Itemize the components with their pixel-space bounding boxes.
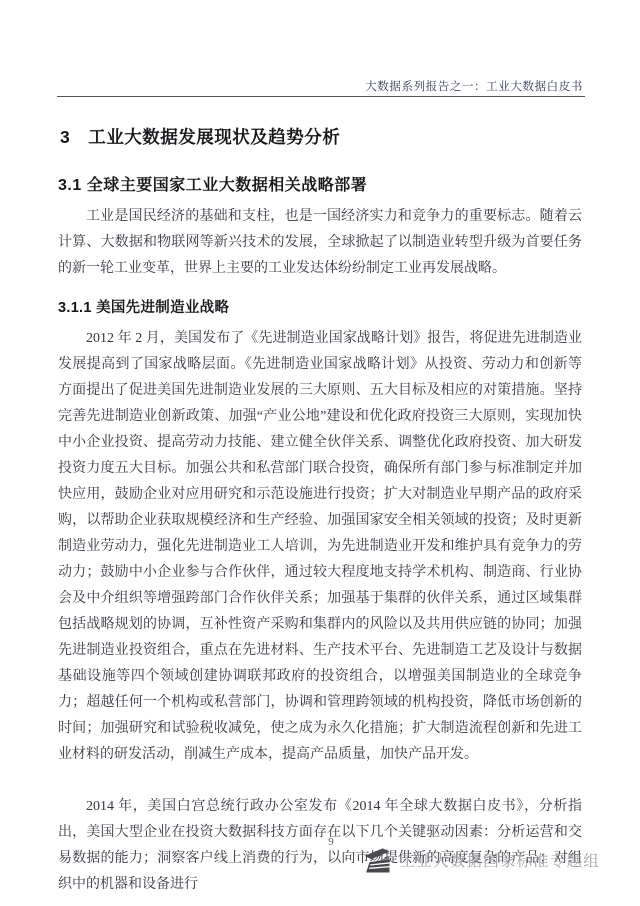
section-heading: 3.1 全球主要国家工业大数据相关战略部署 bbox=[58, 172, 582, 195]
subsection-heading: 3.1.1 美国先进制造业战略 bbox=[58, 296, 582, 317]
chapter-heading: 3 工业大数据发展现状及趋势分析 bbox=[60, 124, 582, 149]
intro-paragraph: 工业是国民经济的基础和支柱，也是一国经济实力和竞争力的重要标志。随着云计算、大数… bbox=[58, 204, 582, 282]
org-logo-book-icon bbox=[362, 845, 392, 875]
content-column: 3 工业大数据发展现状及趋势分析 3.1 全球主要国家工业大数据相关战略部署 工… bbox=[58, 113, 582, 898]
org-name: 工业大数据国家标准专题组 bbox=[400, 849, 600, 871]
header-divider bbox=[57, 96, 585, 97]
footer-organization: 工业大数据国家标准专题组 bbox=[362, 845, 600, 875]
header-running-title: 大数据系列报告之一：工业大数据白皮书 bbox=[365, 78, 583, 94]
strategy-paragraph: 2012 年 2 月，美国发布了《先进制造业国家战略计划》报告，将促进先进制造业… bbox=[58, 326, 582, 768]
document-page: 大数据系列报告之一：工业大数据白皮书 3 工业大数据发展现状及趋势分析 3.1 … bbox=[0, 0, 640, 906]
